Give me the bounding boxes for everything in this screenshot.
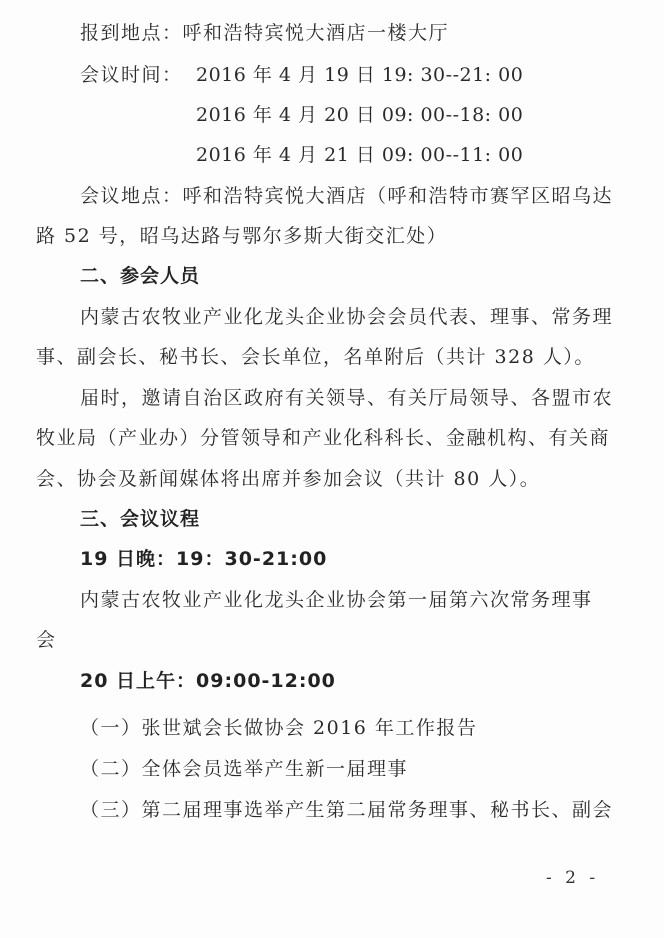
- registration-line: 报到地点：呼和浩特宾悦大酒店一楼大厅: [80, 20, 449, 46]
- agenda-time: 19 日晚：19：30-21:00: [80, 546, 327, 572]
- agenda-time: 20 日上午：09:00-12:00: [80, 668, 336, 694]
- page-number: - 2 -: [546, 868, 599, 888]
- venue-line: 路 52 号，昭乌达路与鄂尔多斯大街交汇处）: [36, 223, 447, 249]
- meeting-time-label: 会议时间：: [80, 62, 183, 88]
- time-slot: 2016 年 4 月 20 日 09: 00--18: 00: [196, 102, 523, 128]
- time-slot: 2016 年 4 月 21 日 09: 00--11: 00: [196, 142, 523, 168]
- section-heading: 三、会议议程: [80, 506, 200, 532]
- agenda-item: （二）全体会员选举产生新一届理事: [80, 756, 408, 782]
- paragraph-line: 会、协会及新闻媒体将出席并参加会议（共计 80 人）。: [36, 466, 540, 492]
- paragraph-line: 事、副会长、秘书长、会长单位，名单附后（共计 328 人）。: [36, 344, 595, 370]
- agenda-desc: 内蒙古农牧业产业化龙头企业协会第一届第六次常务理事: [80, 587, 593, 613]
- registration-label: 报到地点：: [80, 22, 183, 44]
- agenda-item: （一）张世斌会长做协会 2016 年工作报告: [80, 715, 477, 741]
- paragraph-line: 内蒙古农牧业产业化龙头企业协会会员代表、理事、常务理: [80, 304, 613, 330]
- paragraph-line: 届时，邀请自治区政府有关领导、有关厅局领导、各盟市农: [80, 385, 613, 411]
- time-slot: 2016 年 4 月 19 日 19: 30--21: 00: [196, 62, 523, 88]
- registration-value: 呼和浩特宾悦大酒店一楼大厅: [183, 22, 450, 44]
- section-heading: 二、参会人员: [80, 263, 200, 289]
- paragraph-line: 牧业局（产业办）分管领导和产业化科科长、金融机构、有关商: [36, 425, 610, 451]
- agenda-item: （三）第二届理事选举产生第二届常务理事、秘书长、副会: [80, 797, 613, 823]
- agenda-desc: 会: [36, 627, 57, 653]
- venue-line: 会议地点：呼和浩特宾悦大酒店（呼和浩特市赛罕区昭乌达: [80, 183, 613, 209]
